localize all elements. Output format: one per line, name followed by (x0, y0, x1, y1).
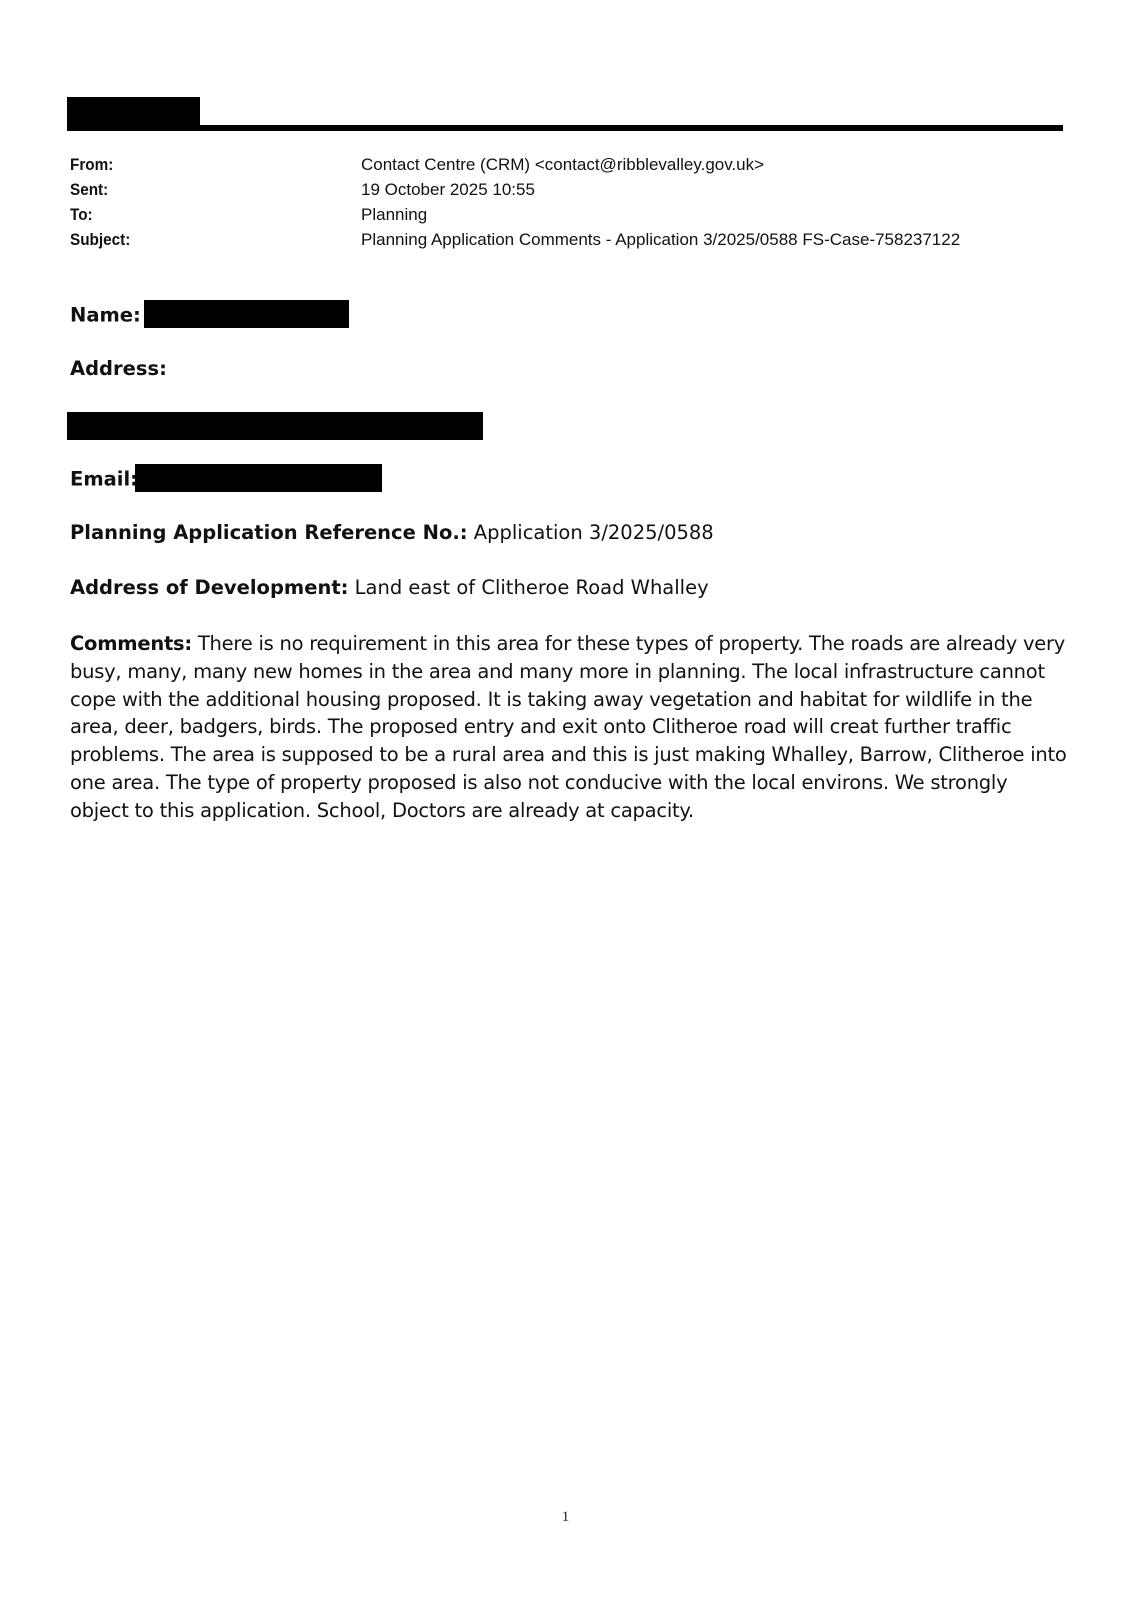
redacted-sender-name (67, 97, 200, 126)
address-field: Address: (70, 357, 167, 380)
email-field: Email: (70, 466, 382, 494)
subject-value: Planning Application Comments - Applicat… (361, 227, 960, 252)
from-label: From: (70, 152, 332, 177)
subject-row: Subject: Planning Application Comments -… (70, 227, 960, 252)
email-header: From: Contact Centre (CRM) <contact@ribb… (70, 152, 960, 252)
development-address-field: Address of Development: Land east of Cli… (70, 576, 709, 599)
reference-label: Planning Application Reference No.: (70, 521, 468, 544)
sent-value: 19 October 2025 10:55 (361, 177, 535, 202)
comments-label: Comments: (70, 632, 192, 655)
redacted-email (135, 464, 382, 492)
document-page: From: Contact Centre (CRM) <contact@ribb… (0, 0, 1131, 1600)
page-number: 1 (0, 1509, 1131, 1526)
to-value: Planning (361, 202, 427, 227)
from-row: From: Contact Centre (CRM) <contact@ribb… (70, 152, 960, 177)
comments-value: There is no requirement in this area for… (70, 632, 1067, 822)
reference-field: Planning Application Reference No.: Appl… (70, 521, 714, 544)
development-address-value: Land east of Clitheroe Road Whalley (348, 576, 708, 599)
name-field: Name: (70, 302, 349, 330)
development-address-label: Address of Development: (70, 576, 348, 599)
redacted-name (144, 300, 349, 328)
address-label: Address: (70, 357, 167, 380)
to-row: To: Planning (70, 202, 960, 227)
reference-value: Application 3/2025/0588 (468, 521, 714, 544)
sent-label: Sent: (70, 177, 332, 202)
name-label: Name: (70, 304, 141, 327)
redacted-address (67, 412, 483, 440)
email-label: Email: (70, 468, 138, 491)
from-value: Contact Centre (CRM) <contact@ribblevall… (361, 152, 764, 177)
header-rule (67, 125, 1063, 131)
to-label: To: (70, 202, 332, 227)
sent-row: Sent: 19 October 2025 10:55 (70, 177, 960, 202)
subject-label: Subject: (70, 227, 332, 252)
comments-field: Comments: There is no requirement in thi… (70, 630, 1070, 825)
